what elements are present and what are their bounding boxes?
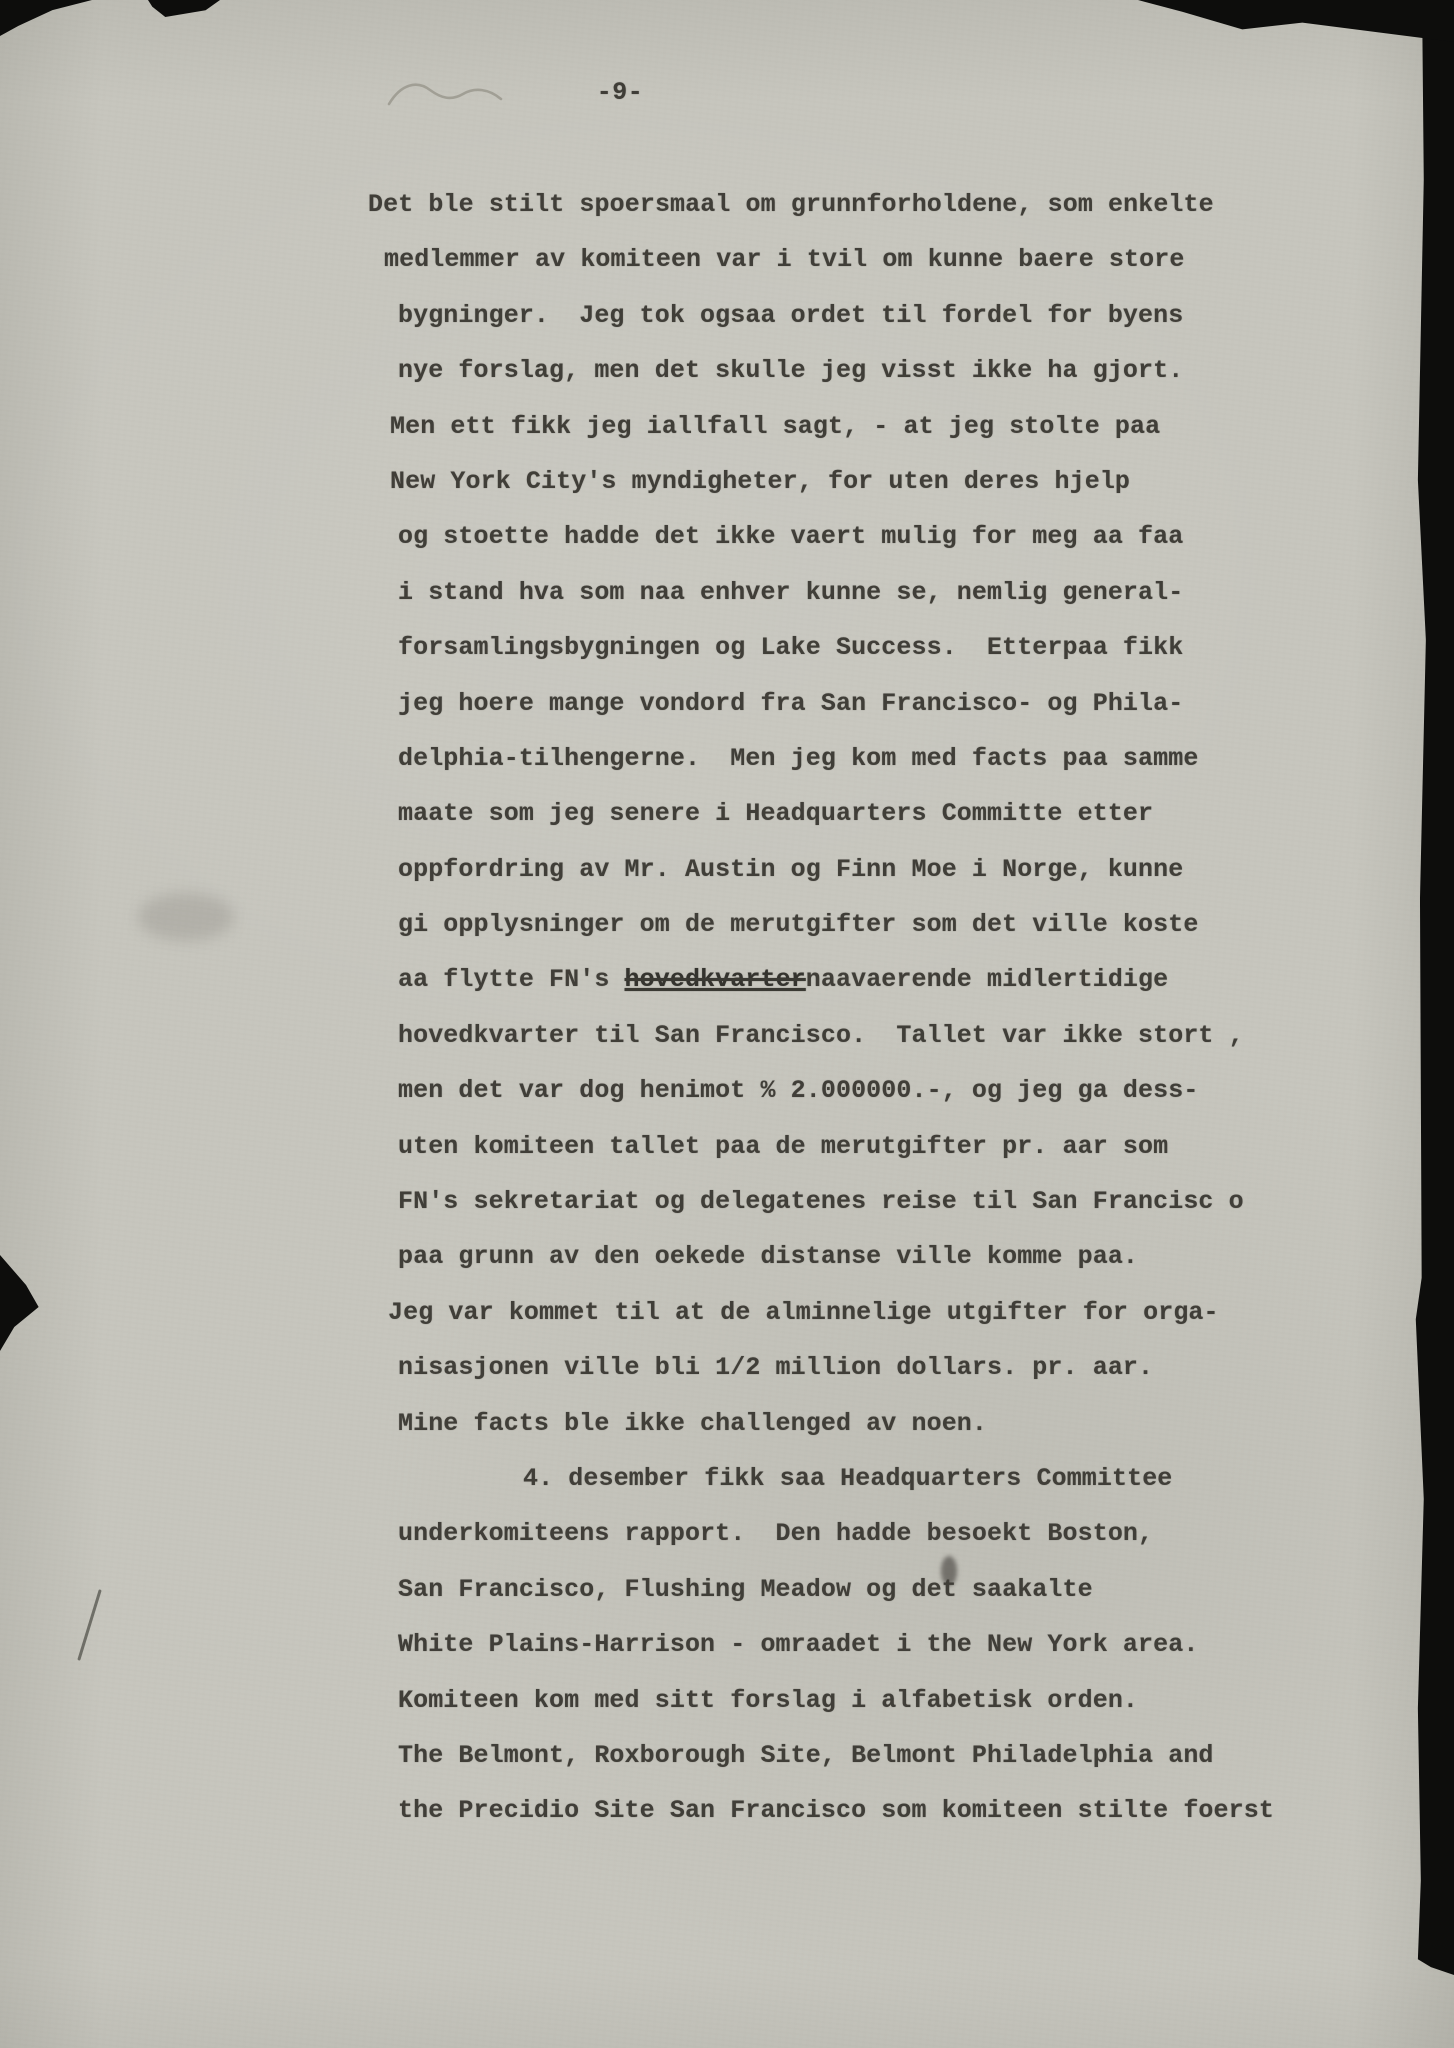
page-number: -9-: [0, 78, 1240, 107]
text-line: underkomiteens rapport. Den hadde besoek…: [398, 1506, 1338, 1561]
text-line: New York City's myndigheter, for uten de…: [390, 454, 1338, 509]
text-line: forsamlingsbygningen og Lake Success. Et…: [398, 620, 1338, 675]
text-line: White Plains-Harrison - omraadet i the N…: [398, 1617, 1338, 1672]
text-line: 4. desember fikk saa Headquarters Commit…: [398, 1451, 1338, 1506]
text-line: paa grunn av den oekede distanse ville k…: [398, 1229, 1338, 1284]
text-line: bygninger. Jeg tok ogsaa ordet til forde…: [398, 288, 1338, 343]
text-line: the Precidio Site San Francisco som komi…: [398, 1783, 1338, 1838]
struck-out-word: hovedkvarter: [625, 965, 806, 994]
text-line: gi opplysninger om de merutgifter som de…: [398, 897, 1338, 952]
smudge-mark: [138, 893, 234, 941]
text-line: Komiteen kom med sitt forslag i alfabeti…: [398, 1673, 1338, 1728]
text-line: hovedkvarter til San Francisco. Tallet v…: [398, 1008, 1338, 1063]
text-line: uten komiteen tallet paa de merutgifter …: [398, 1119, 1338, 1174]
text-line: i stand hva som naa enhver kunne se, nem…: [398, 565, 1338, 620]
text-line: jeg hoere mange vondord fra San Francisc…: [398, 676, 1338, 731]
text-line: Mine facts ble ikke challenged av noen.: [398, 1396, 1338, 1451]
text-line: oppfordring av Mr. Austin og Finn Moe i …: [398, 842, 1338, 897]
text-line: nisasjonen ville bli 1/2 million dollars…: [398, 1340, 1338, 1395]
text-line: og stoette hadde det ikke vaert mulig fo…: [398, 509, 1338, 564]
text-line: nye forslag, men det skulle jeg visst ik…: [398, 343, 1338, 398]
text-line: delphia-tilhengerne. Men jeg kom med fac…: [398, 731, 1338, 786]
text-line: Men ett fikk jeg iallfall sagt, - at jeg…: [390, 399, 1338, 454]
text-line: men det var dog henimot % 2.000000.-, og…: [398, 1063, 1338, 1118]
text-line: Det ble stilt spoersmaal om grunnforhold…: [368, 177, 1338, 232]
text-line: Jeg var kommet til at de alminnelige utg…: [388, 1285, 1338, 1340]
text-line: medlemmer av komiteen var i tvil om kunn…: [384, 232, 1338, 287]
scanned-page: -9- Det ble stilt spoersmaal om grunnfor…: [0, 0, 1454, 2048]
text-line: FN's sekretariat og delegatenes reise ti…: [398, 1174, 1338, 1229]
text-line: aa flytte FN's hovedkvarternaavaerende m…: [398, 952, 1338, 1007]
text-line: The Belmont, Roxborough Site, Belmont Ph…: [398, 1728, 1338, 1783]
text-line: San Francisco, Flushing Meadow og det sa…: [398, 1562, 1338, 1617]
text-line: maate som jeg senere i Headquarters Comm…: [398, 786, 1338, 841]
typewritten-text: Det ble stilt spoersmaal om grunnforhold…: [398, 177, 1338, 1839]
